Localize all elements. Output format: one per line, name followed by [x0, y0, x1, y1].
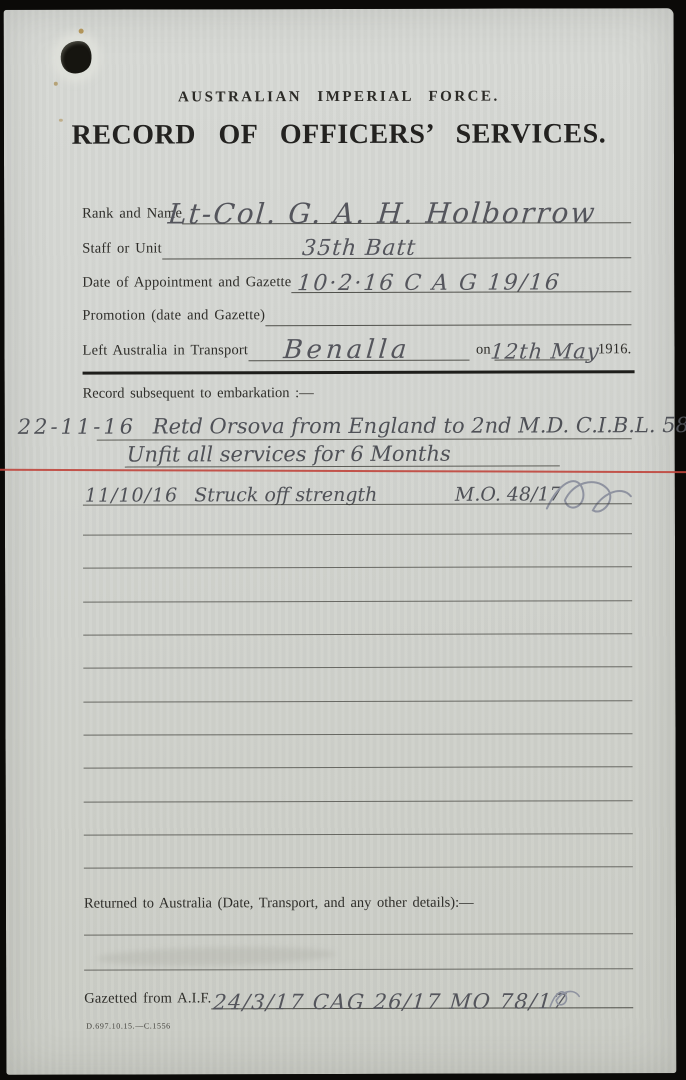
entry1-date: 22-11-16	[18, 415, 136, 439]
foxing-spot	[54, 82, 58, 86]
promotion-label: Promotion (date and Gazette)	[82, 307, 265, 326]
appointment-line: 10·2·16 C A G 19/16	[291, 268, 631, 293]
field-rank-name: Rank and Name Lt-Col. G. A. H. Holborrow	[82, 199, 631, 224]
scanned-document: AUSTRALIAN IMPERIAL FORCE. RECORD OF OFF…	[0, 0, 686, 1080]
staff-unit-line: 35th Batt	[162, 234, 631, 259]
staff-unit-value: 35th Batt	[301, 236, 417, 261]
ruled-line	[84, 733, 633, 735]
embarkation-entry-2: Unfit all services for 6 Months	[127, 442, 451, 467]
gazetted-label: Gazetted from A.I.F.	[84, 990, 211, 1009]
ruled-line	[84, 833, 633, 835]
field-transport: Left Australia in Transport Benalla on 1…	[82, 336, 631, 361]
transport-ship-line: Benalla	[248, 337, 470, 362]
appointment-value: 10·2·16 C A G 19/16	[296, 270, 562, 296]
entry2-text: Unfit all services for 6 Months	[127, 442, 451, 467]
footer-print-code: D.697.10.15.—C.1556	[86, 1021, 171, 1030]
promotion-line	[265, 301, 631, 326]
rank-name-value: Lt-Col. G. A. H. Holborrow	[167, 196, 598, 230]
page-title: RECORD OF OFFICERS’ SERVICES.	[4, 118, 674, 152]
ruled-line	[84, 968, 633, 970]
ruled-line	[83, 666, 632, 668]
field-staff-unit: Staff or Unit 35th Batt	[82, 234, 631, 259]
field-appointment: Date of Appointment and Gazette 10·2·16 …	[82, 268, 631, 293]
ruled-line	[83, 533, 632, 535]
transport-label: Left Australia in Transport	[82, 342, 248, 361]
rank-name-line: Lt-Col. G. A. H. Holborrow	[182, 199, 631, 224]
ruled-line	[84, 933, 633, 935]
ruled-line	[84, 866, 633, 868]
foxing-spot	[79, 29, 84, 34]
gazetted-initials-squiggle	[546, 986, 582, 1012]
ruled-line	[83, 633, 632, 635]
entry1-underline	[97, 438, 632, 440]
ruled-line	[83, 566, 632, 568]
form-header: AUSTRALIAN IMPERIAL FORCE.	[4, 88, 674, 107]
section-label-returned: Returned to Australia (Date, Transport, …	[84, 895, 474, 913]
ruled-line	[83, 700, 632, 702]
section-divider	[83, 370, 635, 374]
entry1-text: Retd Orsova from England to 2nd M.D. C.I…	[153, 413, 686, 439]
entry2-underline	[125, 465, 560, 467]
appointment-label: Date of Appointment and Gazette	[82, 274, 291, 294]
staff-unit-label: Staff or Unit	[82, 240, 162, 259]
signature-flourish	[543, 470, 635, 522]
section-label-embarkation: Record subsequent to embarkation :—	[83, 385, 314, 403]
transport-date-line: 12th May	[495, 336, 590, 360]
paper: AUSTRALIAN IMPERIAL FORCE. RECORD OF OFF…	[4, 8, 677, 1075]
ruled-line	[84, 766, 633, 768]
punch-hole	[58, 38, 95, 77]
erased-pencil-smudge	[96, 945, 336, 968]
ruled-line	[84, 800, 633, 802]
transport-ship-value: Benalla	[282, 335, 411, 365]
entry3-date: 11/10/16	[85, 484, 178, 506]
embarkation-entry-1: 22-11-16 Retd Orsova from England to 2nd…	[18, 413, 686, 439]
ruled-line	[83, 600, 632, 602]
gazetted-value: 24/3/17 CAG 26/17 MO 78/17	[212, 989, 568, 1014]
field-promotion: Promotion (date and Gazette)	[82, 301, 631, 326]
transport-date-value: 12th May	[490, 339, 601, 363]
